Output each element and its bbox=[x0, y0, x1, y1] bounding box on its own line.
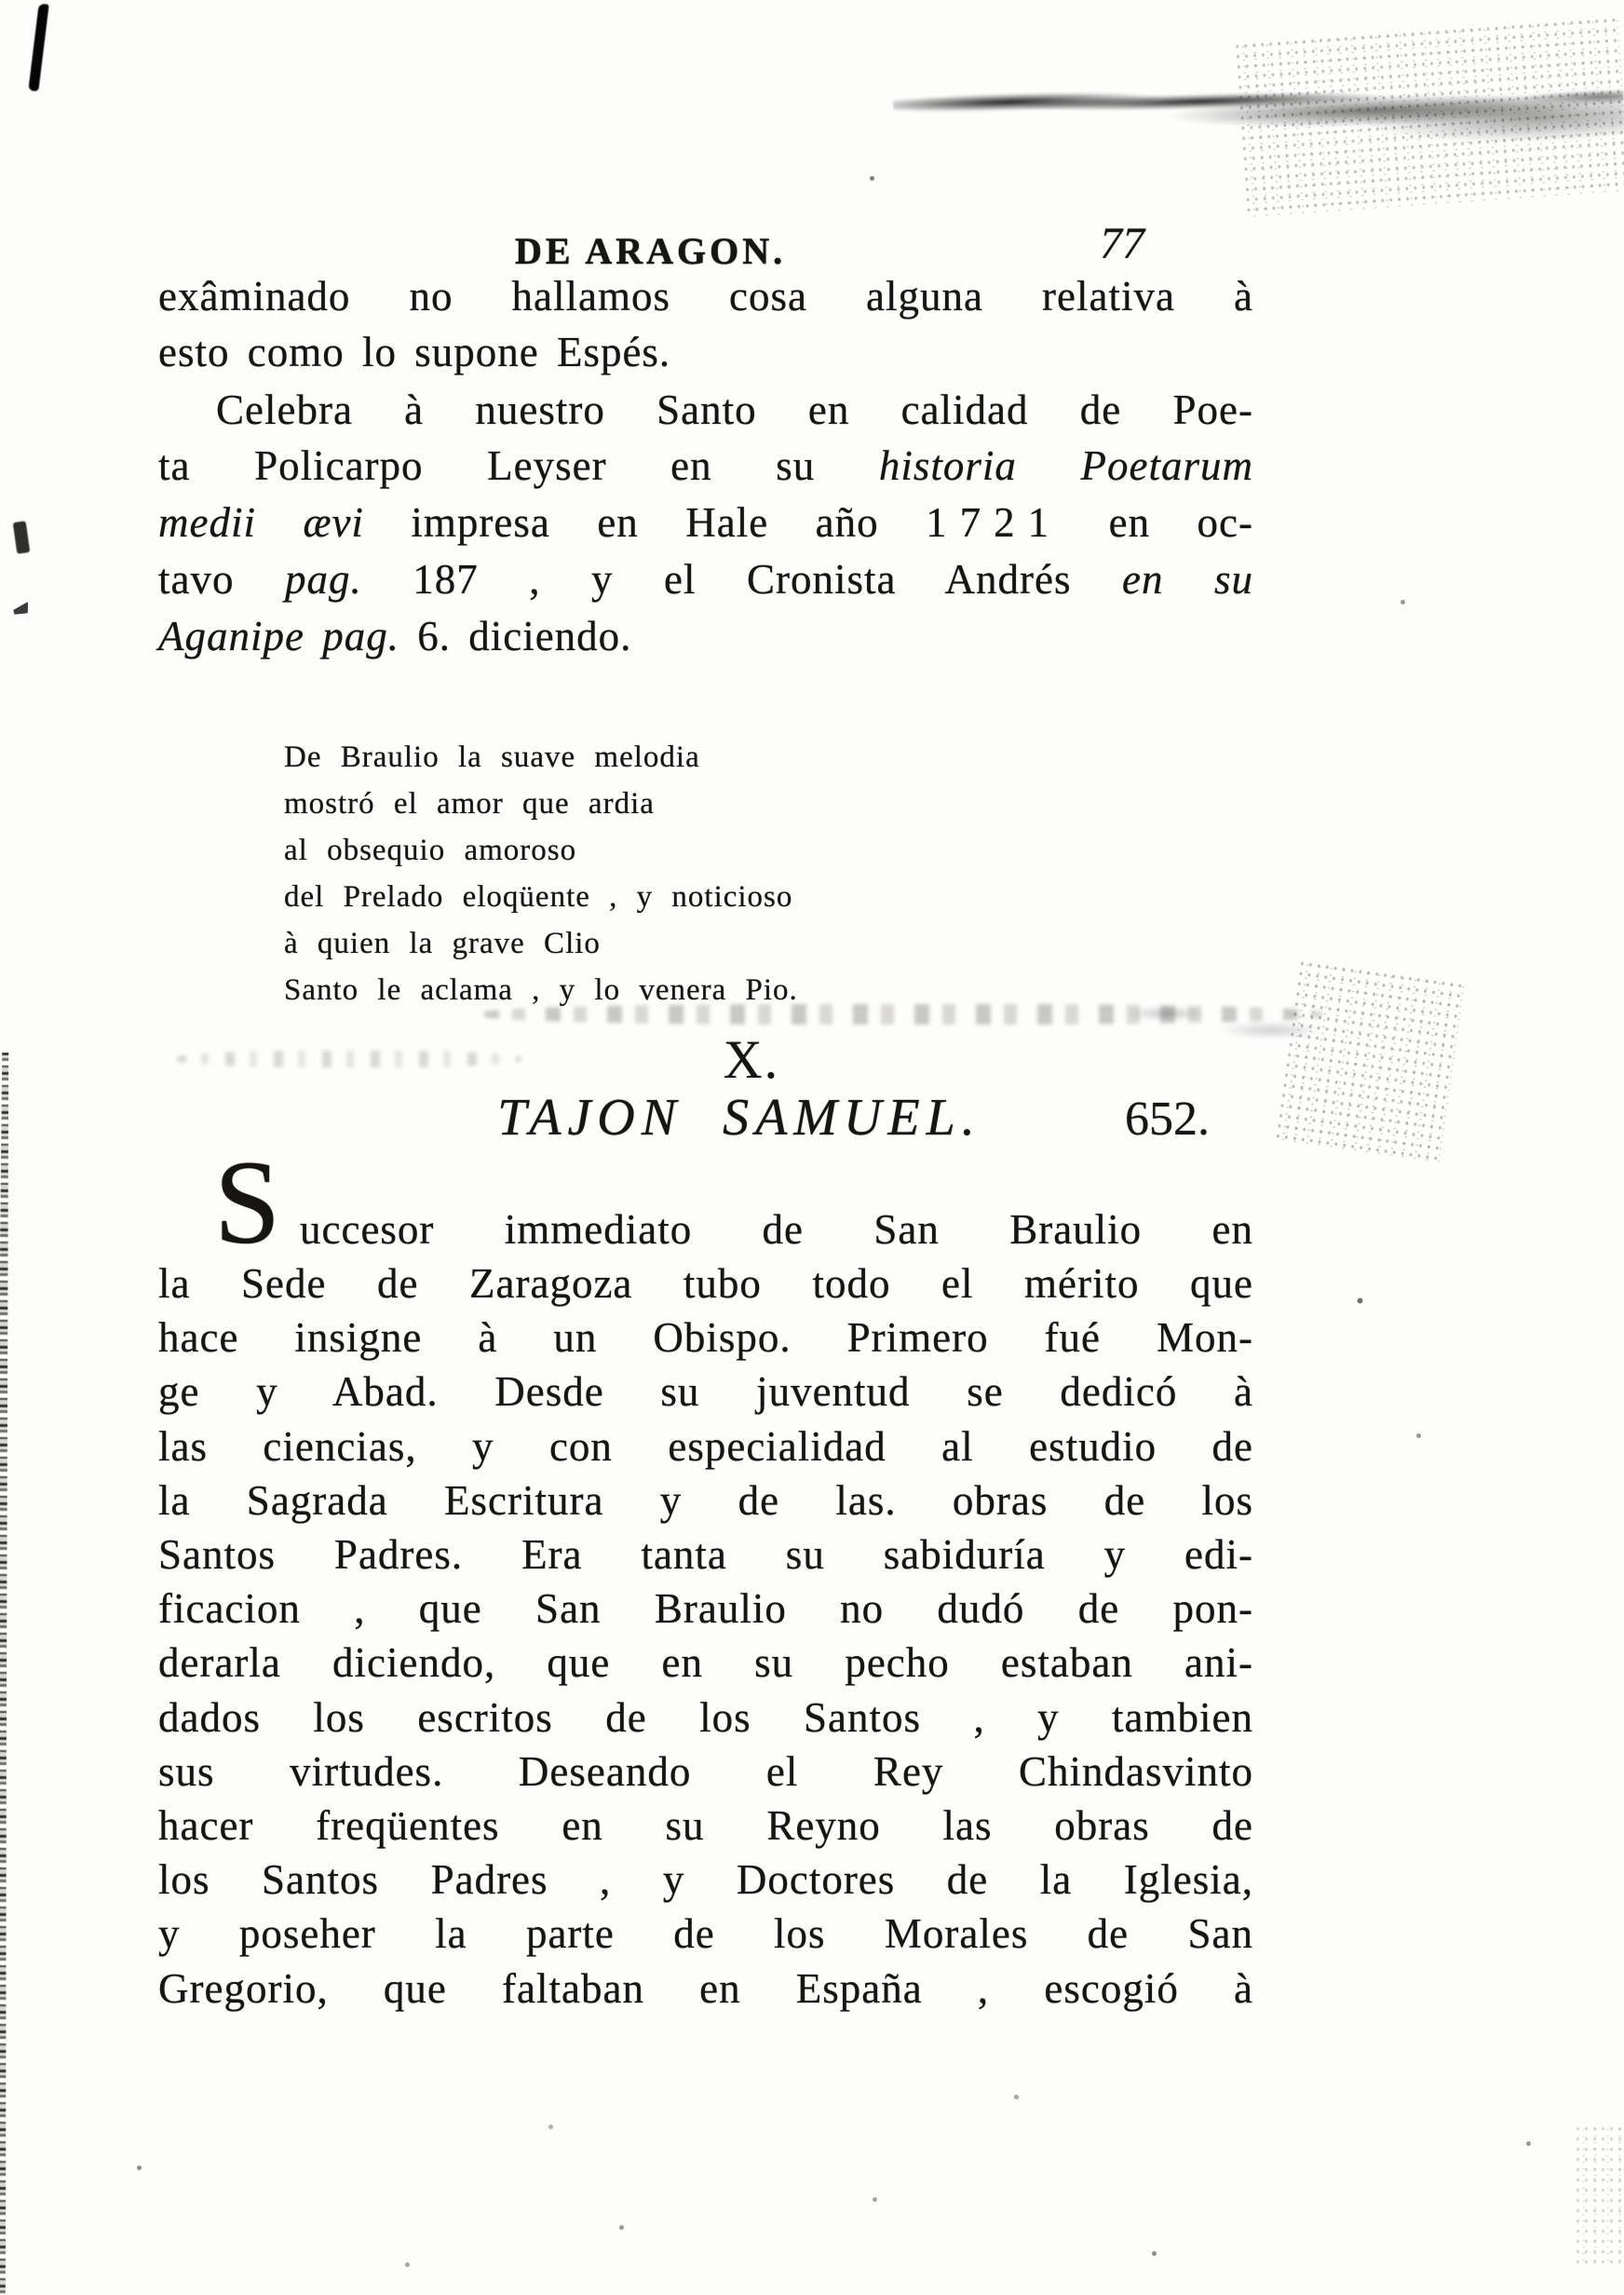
text-line: uccesor immediato de San Braulio en bbox=[158, 1203, 1253, 1256]
ink-stroke-artifact bbox=[28, 4, 48, 91]
text-line: ficacion , que San Braulio no dudó de po… bbox=[158, 1582, 1253, 1635]
speckle-noise bbox=[1233, 15, 1624, 218]
text-line: Aganipe pag. 6. diciendo. bbox=[158, 610, 1253, 662]
text-line: exâminado no hallamos cosa alguna relati… bbox=[158, 270, 1253, 322]
text-line: tavo pag. 187 , y el Cronista Andrés en … bbox=[158, 553, 1253, 605]
text-line: sus virtudes. Deseando el Rey Chindasvin… bbox=[158, 1745, 1253, 1798]
verse-line: del Prelado eloqüente , y noticioso bbox=[284, 877, 1122, 917]
text-line: y poseher la parte de los Morales de San bbox=[158, 1908, 1253, 1960]
verse-line: Santo le aclama , y lo venera Pio. bbox=[284, 971, 1122, 1010]
margin-mark bbox=[12, 602, 31, 617]
text-line: la Sede de Zaragoza tubo todo el mérito … bbox=[158, 1257, 1253, 1310]
text-line: hacer freqüentes en su Reyno las obras d… bbox=[158, 1799, 1253, 1852]
speckle-noise bbox=[1273, 957, 1465, 1165]
text-line: Santos Padres. Era tanta su sabiduría y … bbox=[158, 1528, 1253, 1581]
text-line: la Sagrada Escritura y de las. obras de … bbox=[158, 1474, 1253, 1527]
entry-number: 652. bbox=[1125, 1092, 1210, 1147]
text-line: derarla diciendo, que en su pecho estaba… bbox=[158, 1636, 1253, 1689]
text-line: medii ævi impresa en Hale año 1721 en oc… bbox=[158, 496, 1253, 549]
section-heading-row: TAJON SAMUEL. 652. bbox=[158, 1088, 1253, 1153]
text-line: dados los escritos de los Santos , y tam… bbox=[158, 1691, 1253, 1744]
text-line: las ciencias, y con especialidad al estu… bbox=[158, 1420, 1253, 1473]
verse-line: mostró el amor que ardia bbox=[284, 784, 1122, 823]
speckle-noise bbox=[1574, 2124, 1624, 2263]
text-line: Celebra à nuestro Santo en calidad de Po… bbox=[158, 384, 1253, 436]
text-line: ta Policarpo Leyser en su historia Poeta… bbox=[158, 440, 1253, 492]
verse-line: à quien la grave Clio bbox=[284, 924, 1122, 963]
section-numeral: X. bbox=[204, 1028, 1299, 1091]
text-line: los Santos Padres , y Doctores de la Igl… bbox=[158, 1854, 1253, 1906]
text-line: Gregorio, que faltaban en España , escog… bbox=[158, 1962, 1253, 2015]
text-line: ge y Abad. Desde su juventud se dedicó à bbox=[158, 1365, 1253, 1418]
margin-mark bbox=[13, 521, 31, 554]
binding-edge-artifact bbox=[0, 1052, 19, 2295]
scanned-book-page: DE ARAGON. 77 exâminado no hallamos cosa… bbox=[0, 0, 1624, 2295]
text-line: esto como lo supone Espés. bbox=[158, 326, 1253, 378]
verse-line: al obsequio amoroso bbox=[284, 831, 1122, 870]
text-line: hace insigne à un Obispo. Primero fué Mo… bbox=[158, 1311, 1253, 1364]
verse-line: De Braulio la suave melodia bbox=[284, 738, 1122, 777]
dust-specks bbox=[0, 0, 3, 3]
section-title: TAJON SAMUEL. bbox=[192, 1088, 1287, 1147]
text-column: exâminado no hallamos cosa alguna relati… bbox=[158, 0, 1253, 2295]
